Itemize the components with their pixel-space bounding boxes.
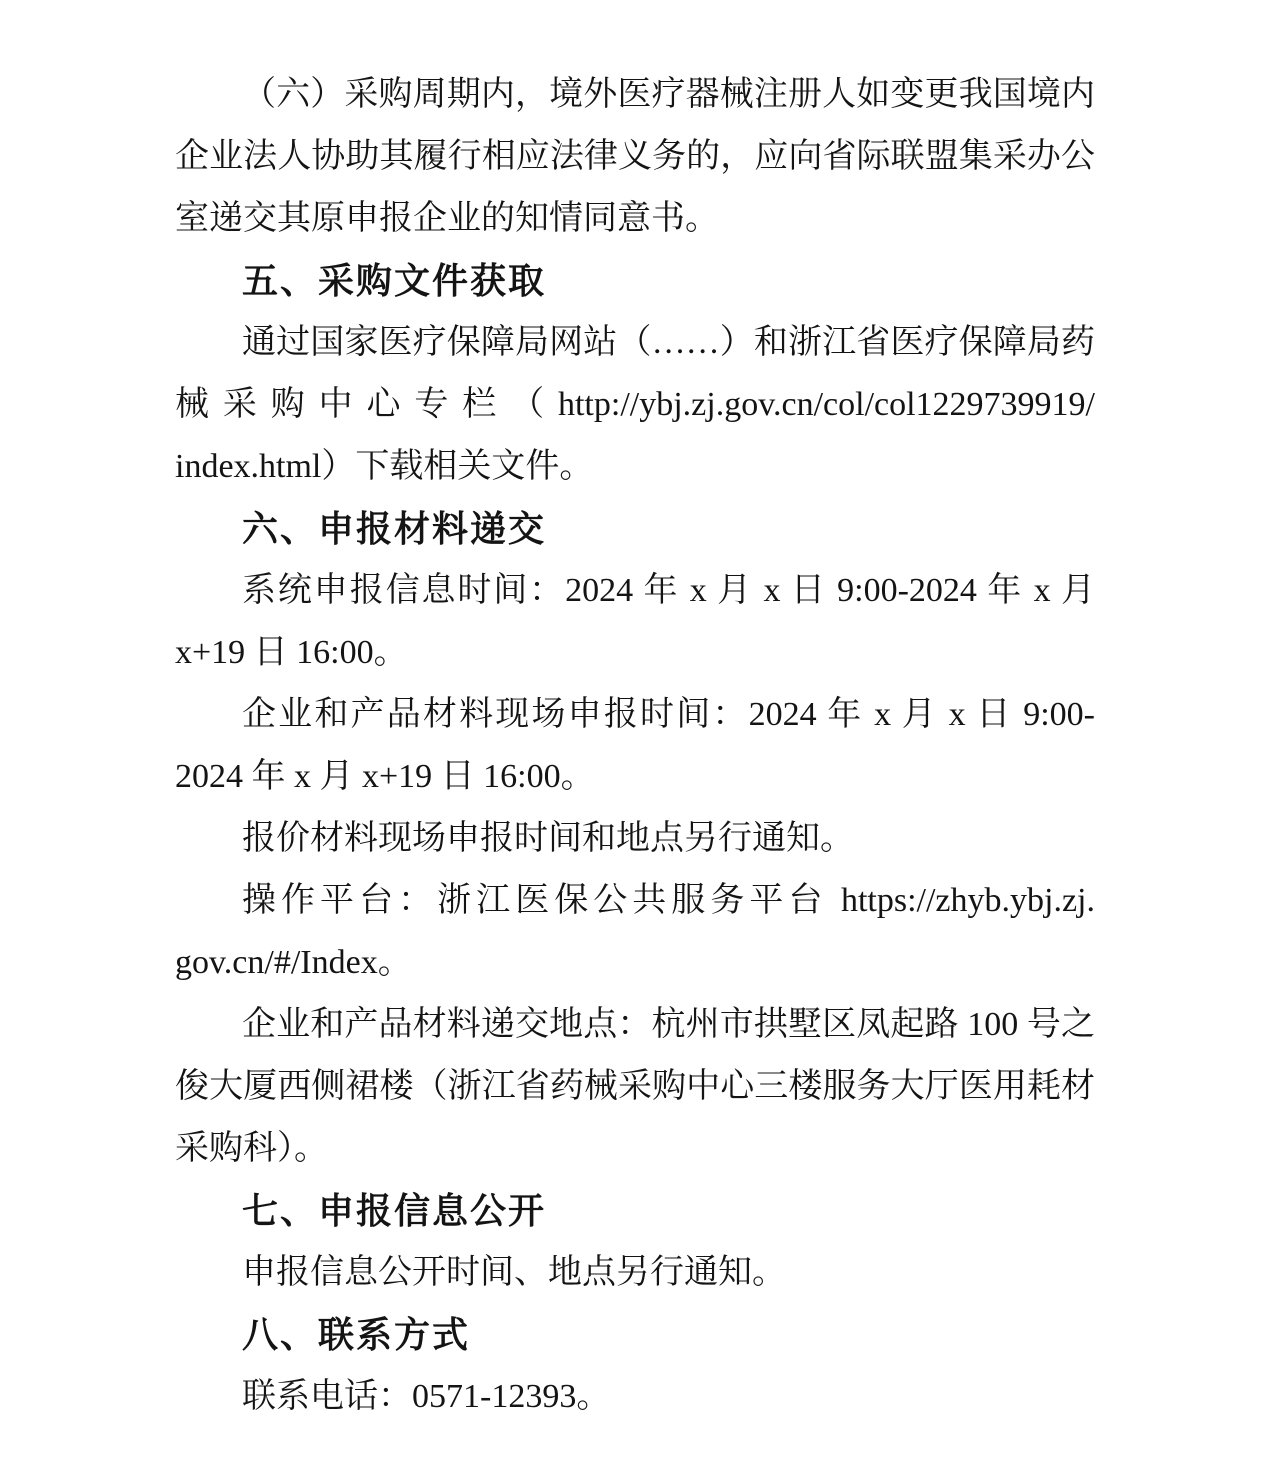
para-system-declare-time-line: x+19 日 16:00。 [175, 622, 1095, 684]
heading-section-6: 六、申报材料递交 [175, 498, 1095, 560]
para-file-download-line: 通过国家医疗保障局网站（……）和浙江省医疗保障局药 [175, 312, 1095, 374]
para-submit-address-line: 采购科）。 [175, 1118, 1095, 1180]
para-file-download-line: index.html）下载相关文件。 [175, 436, 1095, 498]
heading-section-5: 五、采购文件获取 [175, 250, 1095, 312]
para-info-public-notice-line: 申报信息公开时间、地点另行通知。 [175, 1242, 1095, 1304]
document-page: （六）采购周期内，境外医疗器械注册人如变更我国境内企业法人协助其履行相应法律义务… [0, 0, 1280, 1460]
para-6-foreign-registrant-line: （六）采购周期内，境外医疗器械注册人如变更我国境内 [175, 64, 1095, 126]
para-contact-phone-line: 联系电话：0571-12393。 [175, 1366, 1095, 1428]
document-body: （六）采购周期内，境外医疗器械注册人如变更我国境内企业法人协助其履行相应法律义务… [175, 64, 1095, 1428]
para-onsite-declare-time-line: 2024 年 x 月 x+19 日 16:00。 [175, 746, 1095, 808]
para-submit-address-line: 俊大厦西侧裙楼（浙江省药械采购中心三楼服务大厅医用耗材 [175, 1056, 1095, 1118]
para-file-download-line: 械采购中心专栏（http://ybj.zj.gov.cn/col/col1229… [175, 374, 1095, 436]
heading-section-8: 八、联系方式 [175, 1304, 1095, 1366]
heading-section-7: 七、申报信息公开 [175, 1180, 1095, 1242]
para-operation-platform-line: 操作平台：浙江医保公共服务平台 https://zhyb.ybj.zj. [175, 870, 1095, 932]
para-operation-platform-line: gov.cn/#/Index。 [175, 932, 1095, 994]
para-6-foreign-registrant-line: 企业法人协助其履行相应法律义务的，应向省际联盟集采办公 [175, 126, 1095, 188]
para-6-foreign-registrant-line: 室递交其原申报企业的知情同意书。 [175, 188, 1095, 250]
para-submit-address-line: 企业和产品材料递交地点：杭州市拱墅区凤起路 100 号之 [175, 994, 1095, 1056]
para-onsite-declare-time-line: 企业和产品材料现场申报时间：2024 年 x 月 x 日 9:00- [175, 684, 1095, 746]
para-system-declare-time-line: 系统申报信息时间：2024 年 x 月 x 日 9:00-2024 年 x 月 [175, 560, 1095, 622]
para-quote-notice-line: 报价材料现场申报时间和地点另行通知。 [175, 808, 1095, 870]
